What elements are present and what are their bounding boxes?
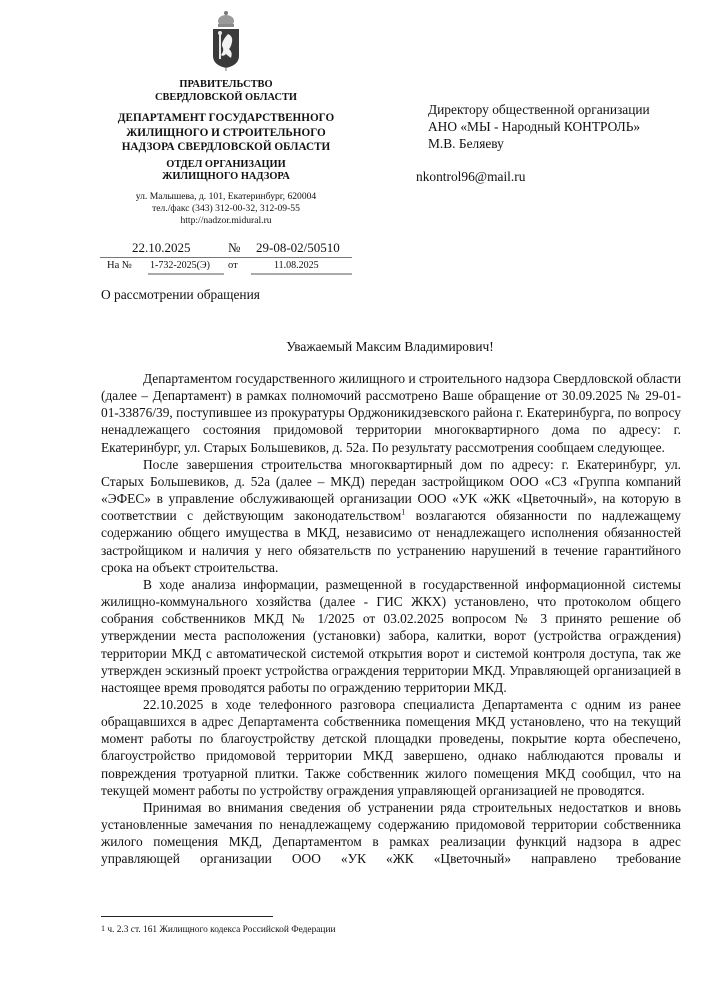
recipient-block: Директору общественной организации АНО «… <box>428 101 650 152</box>
letter-subject: О рассмотрении обращения <box>101 287 260 303</box>
recipient-email[interactable]: nkontrol96@mail.ru <box>416 169 525 185</box>
contact-block: ул. Малышева, д. 101, Екатеринбург, 6200… <box>100 191 352 228</box>
paragraph-4: 22.10.2025 в ходе телефонного разговора … <box>101 696 681 799</box>
incoming-ref-row: На № 1-732-2025(Э) от 11.08.2025 <box>100 258 352 274</box>
website-link[interactable]: http://nadzor.midural.ru <box>100 215 352 227</box>
number-sign: № <box>228 240 240 256</box>
ref-date-underline <box>251 273 352 275</box>
coat-of-arms-icon <box>211 10 241 72</box>
ref-number: 1-732-2025(Э) <box>150 260 210 271</box>
government-line-2: СВЕРДЛОВСКОЙ ОБЛАСТИ <box>100 92 352 105</box>
division-line-2: ЖИЛИЩНОГО НАДЗОРА <box>100 171 352 183</box>
footnote-separator <box>101 916 273 917</box>
paragraph-3: В ходе анализа информации, размещенной в… <box>101 576 681 696</box>
registration-block: 22.10.2025 № 29-08-02/50510 На № 1-732-2… <box>100 239 352 274</box>
paragraph-1: Департаментом государственного жилищного… <box>101 370 681 456</box>
ref-number-underline <box>148 273 224 275</box>
government-line-1: ПРАВИТЕЛЬСТВО <box>100 79 352 92</box>
salutation: Уважаемый Максим Владимирович! <box>180 339 600 355</box>
ref-label: На № <box>107 260 132 271</box>
government-name: ПРАВИТЕЛЬСТВО СВЕРДЛОВСКОЙ ОБЛАСТИ <box>100 79 352 104</box>
outgoing-number: 29-08-02/50510 <box>256 240 340 256</box>
outgoing-date: 22.10.2025 <box>132 240 191 256</box>
department-line-3: НАДЗОРА СВЕРДЛОВСКОЙ ОБЛАСТИ <box>100 140 352 155</box>
recipient-name: М.В. Беляеву <box>428 135 650 152</box>
department-line-2: ЖИЛИЩНОГО И СТРОИТЕЛЬНОГО <box>100 126 352 141</box>
ref-date: 11.08.2025 <box>274 260 319 271</box>
division-line-1: ОТДЕЛ ОРГАНИЗАЦИИ <box>100 159 352 171</box>
postal-address: ул. Малышева, д. 101, Екатеринбург, 6200… <box>100 191 352 203</box>
outgoing-reg-row: 22.10.2025 № 29-08-02/50510 <box>100 239 352 258</box>
ref-from-label: от <box>228 260 238 271</box>
letter-body: Департаментом государственного жилищного… <box>101 370 681 868</box>
division-name: ОТДЕЛ ОРГАНИЗАЦИИ ЖИЛИЩНОГО НАДЗОРА <box>100 159 352 183</box>
footnote-text: ч. 2.3 ст. 161 Жилищного кодекса Российс… <box>107 925 335 935</box>
department-line-1: ДЕПАРТАМЕНТ ГОСУДАРСТВЕННОГО <box>100 111 352 126</box>
department-name: ДЕПАРТАМЕНТ ГОСУДАРСТВЕННОГО ЖИЛИЩНОГО И… <box>100 111 352 155</box>
paragraph-5: Принимая во внимания сведения об устране… <box>101 799 681 868</box>
phone-fax: тел./факс (343) 312-00-32, 312-09-55 <box>100 203 352 215</box>
paragraph-2: После завершения строительства многоквар… <box>101 456 681 576</box>
footnote-mark: 1 <box>101 924 105 933</box>
footnote: 1 ч. 2.3 ст. 161 Жилищного кодекса Росси… <box>101 925 335 935</box>
recipient-organization: АНО «МЫ - Народный КОНТРОЛЬ» <box>428 118 650 135</box>
recipient-title: Директору общественной организации <box>428 101 650 118</box>
